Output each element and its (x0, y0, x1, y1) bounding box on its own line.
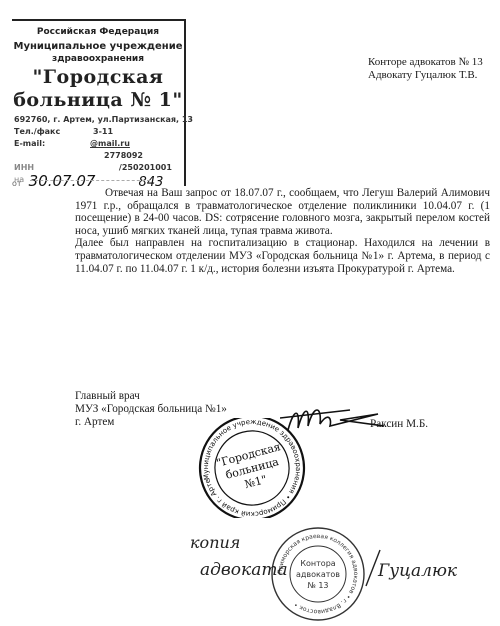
handwritten-lawyer: адвоката (200, 560, 288, 580)
svg-text:Контора: Контора (300, 559, 335, 568)
svg-text:адвокатов: адвокатов (296, 570, 340, 579)
letterhead-name-1: "Городская (12, 66, 184, 88)
phone-label: Тел./факс (14, 127, 60, 136)
letter-body: Отвечая на Ваш запрос от 18.07.07 г., со… (75, 187, 490, 275)
letterhead-org-type-2: здравоохранения (12, 54, 184, 64)
hospital-seal-icon: Муниципальное учреждение здравоохранения… (192, 418, 312, 518)
hospital-stamp: Муниципальное учреждение здравоохранения… (192, 418, 312, 523)
letterhead-address: 692760, г. Артем, ул.Партизанская, 13 (14, 115, 193, 124)
signer-title: Главный врач (75, 390, 227, 403)
email-label: E-mail: (14, 139, 45, 148)
ref-underline (30, 180, 150, 181)
letterhead-org-type: Муниципальное учреждение (12, 41, 184, 52)
letterhead-phone: Тел./факс 3-11 (14, 127, 113, 136)
letterhead-ref: на (14, 175, 24, 184)
phone-value: 3-11 (93, 127, 113, 136)
email-value: @mail.ru (90, 139, 130, 148)
letterhead-email: E-mail: @mail.ru (14, 139, 130, 148)
handwritten-lawyer-name: Гуцалюк (378, 561, 457, 581)
letterhead-name-2: больница № 1" (12, 89, 184, 111)
letterhead-stamp: Российская Федерация Муниципальное учреж… (12, 19, 186, 186)
letterhead-country: Российская Федерация (12, 27, 184, 37)
body-paragraph-2: Далее был направлен на госпитализацию в … (75, 237, 490, 275)
letterhead-code: 2778092 (104, 151, 143, 160)
body-paragraph-1: Отвечая на Ваш запрос от 18.07.07 г., со… (75, 187, 490, 237)
signer-org: МУЗ «Городская больница №1» (75, 403, 227, 416)
handwritten-copy: копия (190, 533, 240, 552)
addressee-lawyer: Адвокату Гуцалюк Т.В. (368, 69, 477, 81)
svg-text:№ 13: № 13 (307, 581, 328, 590)
addressee-office: Конторе адвокатов № 13 (368, 56, 483, 68)
